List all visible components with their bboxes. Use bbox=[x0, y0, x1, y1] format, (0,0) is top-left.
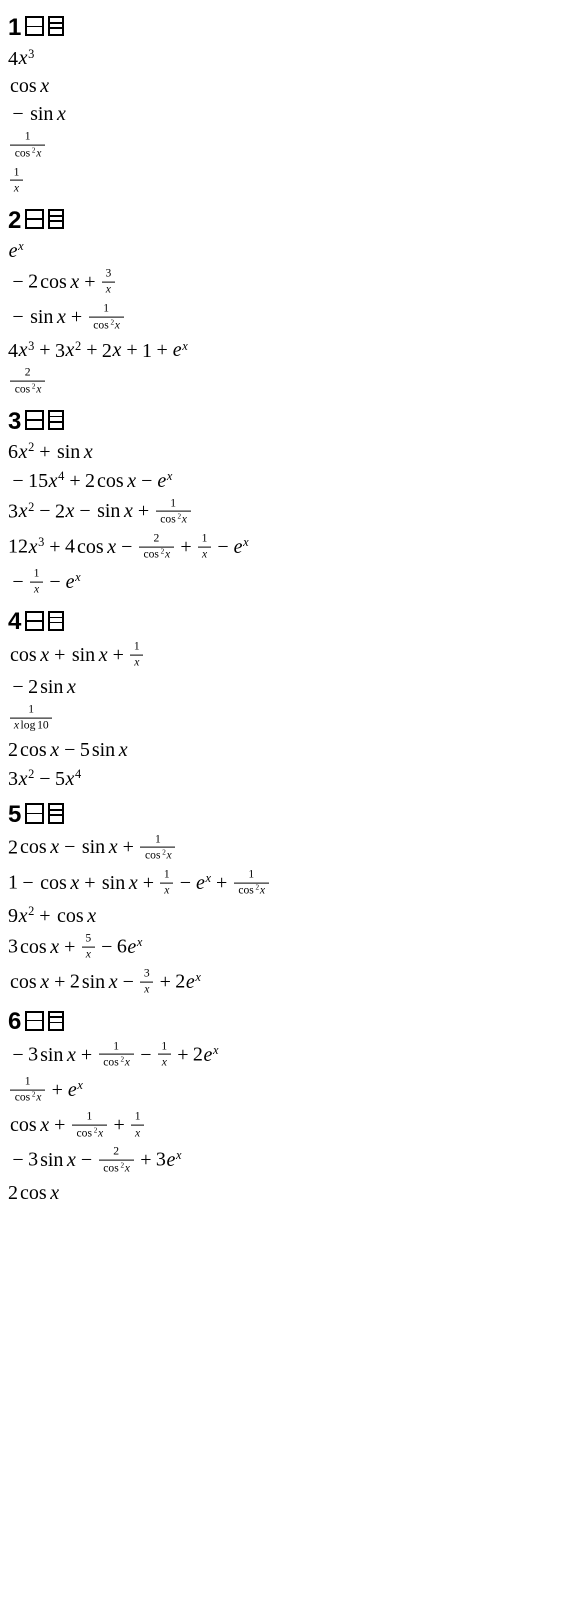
fraction: 3x bbox=[102, 267, 115, 297]
number: 2 bbox=[28, 271, 38, 293]
denominator: cos2x bbox=[10, 1090, 45, 1105]
number: 15 bbox=[28, 470, 48, 492]
fraction: 1x bbox=[158, 1039, 171, 1069]
variable: x bbox=[164, 884, 170, 897]
number: 2 bbox=[28, 676, 38, 698]
fraction: 5x bbox=[82, 932, 95, 962]
operator: − bbox=[12, 1044, 23, 1066]
number: 1 bbox=[164, 868, 170, 881]
function-name: sin bbox=[82, 971, 105, 993]
variable: x bbox=[66, 1149, 76, 1171]
number: 2 bbox=[55, 500, 65, 522]
fraction: 1cos2x bbox=[10, 130, 45, 160]
math-expression: 3x2−2x−sinx+1cos2x bbox=[8, 498, 568, 528]
number: 1 bbox=[170, 496, 176, 509]
math-expression: 2cos2x bbox=[8, 367, 568, 397]
function-name: sin bbox=[57, 441, 80, 463]
function-name: cos bbox=[40, 271, 67, 293]
denominator: x bbox=[158, 1055, 171, 1070]
math-expression: 1−cosx+sinx+1x−ex+1cos2x bbox=[8, 869, 568, 899]
numerator: 1 bbox=[130, 640, 143, 656]
math-expression: cosx+2sinx−3x+2ex bbox=[8, 968, 568, 998]
number: 2 bbox=[102, 339, 112, 361]
variable: x bbox=[18, 441, 28, 463]
superscript: 2 bbox=[256, 884, 260, 892]
operator: + bbox=[84, 271, 95, 293]
number: 9 bbox=[8, 905, 18, 927]
function-name: cos bbox=[103, 1161, 118, 1174]
superscript: 2 bbox=[28, 904, 34, 918]
variable: x bbox=[87, 905, 97, 927]
day-number: 6 bbox=[8, 1008, 22, 1036]
superscript: 4 bbox=[75, 767, 81, 781]
math-expression: −3sinx−2cos2x+3ex bbox=[8, 1146, 568, 1176]
math-expression: 2cosx bbox=[8, 1182, 568, 1205]
function-name: cos bbox=[10, 1114, 37, 1136]
operator: + bbox=[143, 872, 154, 894]
function-name: cos bbox=[20, 1182, 47, 1204]
day-heading: 5 bbox=[8, 801, 568, 829]
superscript: 2 bbox=[28, 500, 34, 514]
denominator: xlog10 bbox=[10, 718, 52, 733]
variable: e bbox=[65, 571, 75, 593]
variable: x bbox=[98, 644, 108, 666]
day-kanji-glyph bbox=[25, 803, 44, 823]
number: 3 bbox=[28, 1149, 38, 1171]
function-name: sin bbox=[92, 739, 115, 761]
math-expression: 12x3+4cosx−2cos2x+1x−ex bbox=[8, 533, 568, 563]
operator: + bbox=[84, 872, 95, 894]
superscript: x bbox=[243, 535, 249, 549]
variable: e bbox=[203, 1044, 213, 1066]
number: 4 bbox=[65, 536, 75, 558]
number: 1 bbox=[113, 1039, 119, 1052]
variable: x bbox=[50, 936, 60, 958]
denominator: x bbox=[30, 582, 43, 597]
variable: e bbox=[166, 1149, 176, 1171]
math-expression: 4x3 bbox=[8, 47, 568, 71]
variable: x bbox=[112, 339, 122, 361]
day-kanji-glyph bbox=[25, 611, 44, 631]
operator: + bbox=[160, 971, 171, 993]
number: 6 bbox=[8, 441, 18, 463]
math-expression: −sinx+1cos2x bbox=[8, 303, 568, 333]
operator: − bbox=[12, 306, 23, 328]
operator: + bbox=[140, 1149, 151, 1171]
variable: x bbox=[50, 739, 60, 761]
variable: x bbox=[85, 948, 91, 961]
function-name: cos bbox=[15, 382, 30, 395]
fraction: 1x bbox=[131, 1110, 144, 1140]
math-expression: 3cosx+5x−6ex bbox=[8, 933, 568, 963]
operator: + bbox=[39, 905, 50, 927]
fraction: 1cos2x bbox=[234, 868, 269, 898]
operator: + bbox=[138, 500, 149, 522]
math-expression: cosx+1cos2x+1x bbox=[8, 1111, 568, 1141]
number: 1 bbox=[202, 532, 208, 545]
number: 3 bbox=[8, 500, 18, 522]
denominator: x bbox=[198, 547, 211, 562]
variable: x bbox=[83, 441, 93, 463]
superscript: x bbox=[195, 970, 201, 984]
function-name: cos bbox=[10, 644, 37, 666]
numerator: 1 bbox=[30, 567, 43, 583]
fraction: 3x bbox=[140, 967, 153, 997]
variable: x bbox=[128, 872, 138, 894]
function-name: sin bbox=[40, 1149, 63, 1171]
number: 3 bbox=[28, 1044, 38, 1066]
number: 1 bbox=[135, 1110, 141, 1123]
variable: x bbox=[18, 47, 28, 69]
numerator: 1 bbox=[158, 1039, 171, 1055]
numerator: 1 bbox=[234, 868, 269, 884]
day-heading: 2 bbox=[8, 207, 568, 235]
numerator: 1 bbox=[156, 496, 191, 512]
number: 3 bbox=[8, 936, 18, 958]
ordinal-kanji-glyph bbox=[48, 611, 64, 631]
superscript: x bbox=[213, 1043, 219, 1057]
variable: x bbox=[98, 1126, 104, 1139]
superscript: 2 bbox=[94, 1126, 98, 1134]
function-name: cos bbox=[97, 470, 124, 492]
denominator: cos2x bbox=[99, 1161, 134, 1176]
worksheet: 14x3cosx−sinx1cos2x1x2ex−2cosx+3x−sinx+1… bbox=[8, 14, 568, 1205]
variable: x bbox=[118, 739, 128, 761]
number: 2 bbox=[85, 470, 95, 492]
function-name: cos bbox=[20, 936, 47, 958]
math-expression: ex bbox=[8, 239, 568, 263]
variable: x bbox=[107, 536, 117, 558]
variable: x bbox=[124, 1161, 130, 1174]
operator: − bbox=[39, 768, 50, 790]
superscript: 2 bbox=[28, 767, 34, 781]
operator: + bbox=[54, 971, 65, 993]
function-name: sin bbox=[97, 500, 120, 522]
number: 2 bbox=[25, 366, 31, 379]
ordinal-kanji-glyph bbox=[48, 1011, 64, 1031]
variable: x bbox=[40, 75, 50, 97]
math-expression: 9x2+cosx bbox=[8, 904, 568, 928]
variable: x bbox=[124, 1056, 130, 1069]
variable: e bbox=[157, 470, 167, 492]
denominator: x bbox=[102, 282, 115, 297]
fraction: 1cos2x bbox=[72, 1110, 107, 1140]
math-expression: cosx+sinx+1x bbox=[8, 641, 568, 671]
function-name: cos bbox=[143, 548, 158, 561]
math-expression: −2cosx+3x bbox=[8, 268, 568, 298]
function-name: cos bbox=[57, 905, 84, 927]
superscript: x bbox=[77, 1078, 83, 1092]
day-heading: 1 bbox=[8, 14, 568, 42]
variable: x bbox=[36, 1091, 42, 1104]
superscript: 2 bbox=[32, 1091, 36, 1099]
numerator: 1 bbox=[72, 1110, 107, 1126]
function-name: cos bbox=[77, 536, 104, 558]
fraction: 1cos2x bbox=[10, 1075, 45, 1105]
variable: e bbox=[127, 936, 137, 958]
fraction: 1xlog10 bbox=[10, 703, 52, 733]
operator: − bbox=[180, 872, 191, 894]
variable: x bbox=[36, 146, 42, 159]
operator: − bbox=[49, 571, 60, 593]
numerator: 1 bbox=[10, 130, 45, 146]
number: 1 bbox=[248, 868, 254, 881]
day-heading: 6 bbox=[8, 1008, 568, 1036]
operator: + bbox=[54, 1114, 65, 1136]
denominator: x bbox=[10, 181, 23, 196]
variable: e bbox=[185, 971, 195, 993]
variable: x bbox=[114, 318, 120, 331]
function-name: cos bbox=[160, 513, 175, 526]
variable: x bbox=[48, 470, 58, 492]
number: 1 bbox=[103, 302, 109, 315]
denominator: cos2x bbox=[72, 1125, 107, 1140]
function-name: log bbox=[21, 719, 36, 732]
variable: x bbox=[108, 836, 118, 858]
function-name: cos bbox=[238, 884, 253, 897]
variable: x bbox=[108, 971, 118, 993]
variable: x bbox=[36, 382, 42, 395]
operator: + bbox=[113, 644, 124, 666]
day-kanji-glyph bbox=[25, 16, 44, 36]
operator: − bbox=[101, 936, 112, 958]
numerator: 2 bbox=[10, 366, 45, 382]
variable: x bbox=[65, 500, 75, 522]
operator: − bbox=[64, 836, 75, 858]
operator: + bbox=[123, 836, 134, 858]
variable: e bbox=[172, 339, 182, 361]
variable: x bbox=[56, 103, 66, 125]
numerator: 1 bbox=[131, 1110, 144, 1126]
superscript: 3 bbox=[28, 339, 34, 353]
function-name: cos bbox=[40, 872, 67, 894]
fraction: 1cos2x bbox=[89, 302, 124, 332]
number: 1 bbox=[142, 339, 152, 361]
function-name: cos bbox=[77, 1126, 92, 1139]
day-number: 1 bbox=[8, 14, 22, 42]
number: 1 bbox=[25, 130, 31, 143]
variable: x bbox=[65, 339, 75, 361]
day-kanji-glyph bbox=[25, 1011, 44, 1031]
operator: + bbox=[69, 470, 80, 492]
function-name: cos bbox=[103, 1056, 118, 1069]
denominator: x bbox=[82, 947, 95, 962]
variable: x bbox=[14, 181, 20, 194]
function-name: cos bbox=[145, 849, 160, 862]
ordinal-kanji-glyph bbox=[48, 209, 64, 229]
number: 6 bbox=[117, 936, 127, 958]
variable: e bbox=[8, 240, 18, 262]
fraction: 1cos2x bbox=[156, 496, 191, 526]
operator: + bbox=[39, 441, 50, 463]
operator: + bbox=[81, 1044, 92, 1066]
function-name: cos bbox=[15, 146, 30, 159]
variable: x bbox=[18, 768, 28, 790]
variable: x bbox=[40, 644, 50, 666]
number: 2 bbox=[8, 1182, 18, 1204]
function-name: cos bbox=[10, 971, 37, 993]
operator: − bbox=[12, 676, 23, 698]
number: 2 bbox=[153, 532, 159, 545]
number: 2 bbox=[193, 1044, 203, 1066]
variable: x bbox=[202, 548, 208, 561]
variable: x bbox=[135, 1126, 141, 1139]
superscript: 2 bbox=[162, 849, 166, 857]
numerator: 2 bbox=[139, 532, 174, 548]
ordinal-kanji-glyph bbox=[48, 410, 64, 430]
number: 2 bbox=[8, 739, 18, 761]
operator: + bbox=[49, 536, 60, 558]
variable: x bbox=[18, 905, 28, 927]
variable: x bbox=[14, 719, 20, 732]
operator: − bbox=[12, 571, 23, 593]
superscript: 2 bbox=[177, 513, 181, 521]
operator: + bbox=[71, 306, 82, 328]
superscript: 2 bbox=[32, 382, 36, 390]
denominator: cos2x bbox=[89, 318, 124, 333]
operator: − bbox=[81, 1149, 92, 1171]
math-expression: 4x3+3x2+2x+1+ex bbox=[8, 339, 568, 363]
denominator: cos2x bbox=[140, 848, 175, 863]
superscript: 2 bbox=[75, 339, 81, 353]
variable: x bbox=[144, 983, 150, 996]
operator: + bbox=[86, 339, 97, 361]
number: 1 bbox=[34, 567, 40, 580]
fraction: 2cos2x bbox=[99, 1145, 134, 1175]
variable: x bbox=[127, 470, 137, 492]
variable: x bbox=[123, 500, 133, 522]
function-name: cos bbox=[15, 1091, 30, 1104]
day-heading: 4 bbox=[8, 608, 568, 636]
superscript: x bbox=[176, 1148, 182, 1162]
operator: − bbox=[217, 536, 228, 558]
superscript: x bbox=[137, 935, 143, 949]
fraction: 1x bbox=[30, 567, 43, 597]
number: 1 bbox=[14, 165, 20, 178]
fraction: 1x bbox=[10, 165, 23, 195]
superscript: 4 bbox=[58, 469, 64, 483]
fraction: 1cos2x bbox=[99, 1039, 134, 1069]
math-expression: 1cos2x+ex bbox=[8, 1076, 568, 1106]
variable: x bbox=[70, 872, 80, 894]
superscript: 2 bbox=[120, 1056, 124, 1064]
number: 3 bbox=[144, 967, 150, 980]
operator: + bbox=[54, 644, 65, 666]
variable: x bbox=[166, 849, 172, 862]
superscript: 3 bbox=[38, 535, 44, 549]
number: 3 bbox=[8, 768, 18, 790]
numerator: 3 bbox=[140, 967, 153, 983]
variable: x bbox=[105, 283, 111, 296]
math-expression: 2cosx−sinx+1cos2x bbox=[8, 834, 568, 864]
operator: − bbox=[12, 1149, 23, 1171]
number: 5 bbox=[85, 932, 91, 945]
variable: e bbox=[195, 872, 205, 894]
operator: + bbox=[177, 1044, 188, 1066]
day-number: 3 bbox=[8, 408, 22, 436]
numerator: 1 bbox=[10, 1075, 45, 1091]
number: 1 bbox=[161, 1039, 167, 1052]
superscript: 2 bbox=[120, 1161, 124, 1169]
function-name: sin bbox=[72, 644, 95, 666]
numerator: 5 bbox=[82, 932, 95, 948]
operator: + bbox=[64, 936, 75, 958]
variable: x bbox=[28, 536, 38, 558]
math-expression: −1x−ex bbox=[8, 568, 568, 598]
variable: x bbox=[65, 768, 75, 790]
operator: + bbox=[216, 872, 227, 894]
operator: − bbox=[123, 971, 134, 993]
fraction: 1x bbox=[160, 868, 173, 898]
numerator: 3 bbox=[102, 267, 115, 283]
operator: − bbox=[79, 500, 90, 522]
superscript: 3 bbox=[28, 47, 34, 61]
ordinal-kanji-glyph bbox=[48, 803, 64, 823]
numerator: 1 bbox=[89, 302, 124, 318]
operator: − bbox=[140, 1044, 151, 1066]
number: 3 bbox=[55, 339, 65, 361]
day-number: 2 bbox=[8, 207, 22, 235]
denominator: cos2x bbox=[10, 382, 45, 397]
denominator: cos2x bbox=[234, 883, 269, 898]
variable: x bbox=[134, 656, 140, 669]
variable: e bbox=[233, 536, 243, 558]
day-number: 5 bbox=[8, 801, 22, 829]
math-expression: −2sinx bbox=[8, 676, 568, 699]
superscript: x bbox=[205, 871, 211, 885]
superscript: 2 bbox=[110, 318, 114, 326]
day-kanji-glyph bbox=[25, 209, 44, 229]
number: 1 bbox=[134, 640, 140, 653]
denominator: cos2x bbox=[10, 146, 45, 161]
denominator: x bbox=[131, 1125, 144, 1140]
math-expression: −3sinx+1cos2x−1x+2ex bbox=[8, 1041, 568, 1071]
function-name: sin bbox=[82, 836, 105, 858]
operator: − bbox=[12, 271, 23, 293]
operator: + bbox=[156, 339, 167, 361]
ordinal-kanji-glyph bbox=[48, 16, 64, 36]
fraction: 1x bbox=[130, 640, 143, 670]
variable: x bbox=[50, 1182, 60, 1204]
math-expression: 6x2+sinx bbox=[8, 440, 568, 464]
operator: − bbox=[12, 103, 23, 125]
denominator: x bbox=[160, 883, 173, 898]
variable: x bbox=[56, 306, 66, 328]
operator: − bbox=[12, 470, 23, 492]
number: 2 bbox=[8, 836, 18, 858]
operator: + bbox=[113, 1114, 124, 1136]
denominator: cos2x bbox=[99, 1055, 134, 1070]
number: 10 bbox=[37, 719, 49, 732]
superscript: x bbox=[18, 239, 24, 253]
superscript: 2 bbox=[28, 440, 34, 454]
number: 5 bbox=[80, 739, 90, 761]
operator: − bbox=[141, 470, 152, 492]
math-expression: 3x2−5x4 bbox=[8, 767, 568, 791]
variable: x bbox=[40, 971, 50, 993]
variable: x bbox=[66, 676, 76, 698]
fraction: 2cos2x bbox=[10, 366, 45, 396]
math-expression: −15x4+2cosx−ex bbox=[8, 469, 568, 493]
fraction: 1cos2x bbox=[140, 832, 175, 862]
numerator: 1 bbox=[160, 868, 173, 884]
math-expression: 1x bbox=[8, 167, 568, 197]
number: 1 bbox=[8, 872, 18, 894]
operator: + bbox=[180, 536, 191, 558]
function-name: sin bbox=[30, 103, 53, 125]
superscript: x bbox=[182, 339, 188, 353]
variable: x bbox=[165, 548, 171, 561]
